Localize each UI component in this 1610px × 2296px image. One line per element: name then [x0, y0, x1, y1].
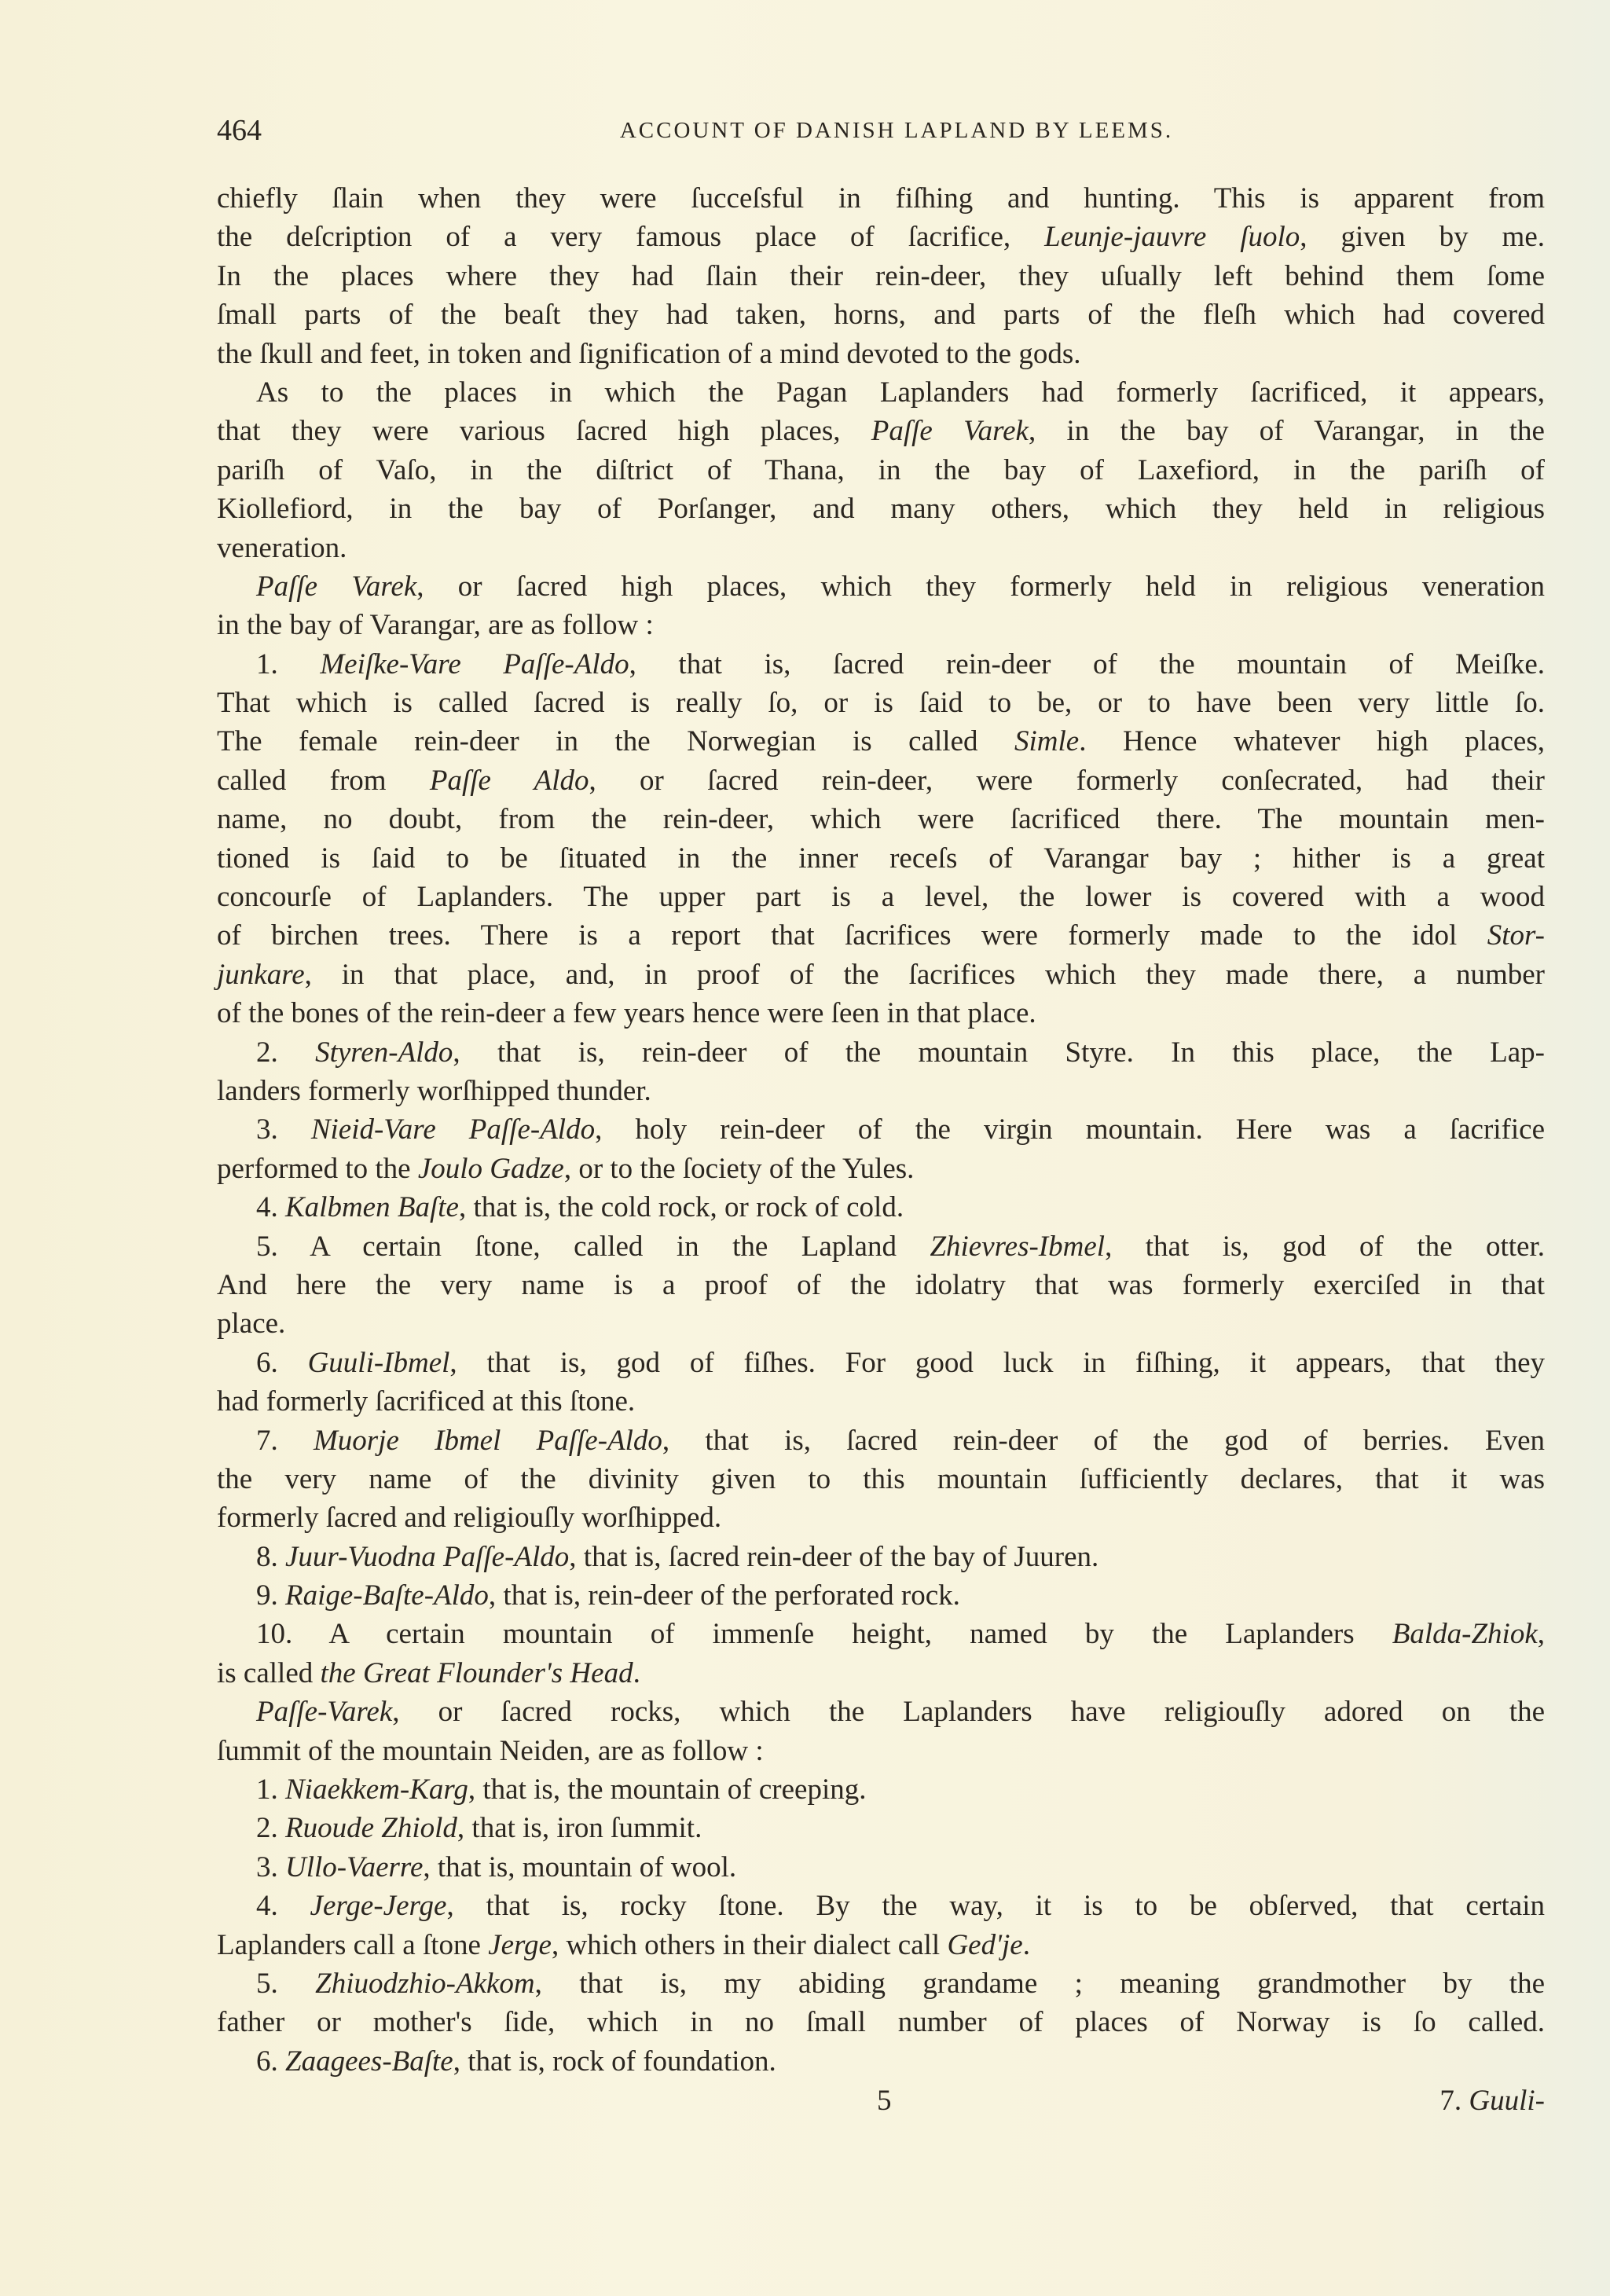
text-segment: 1.: [256, 1773, 285, 1806]
italic-term: Niaekkem-Karg: [285, 1773, 468, 1806]
text-segment: , that is, ſacred rein-deer of the mount…: [629, 648, 1545, 680]
text-segment: of the bones of the rein-deer a few year…: [217, 997, 1036, 1029]
text-line: 8. Juur-Vuodna Paſſe-Aldo, that is, ſacr…: [217, 1538, 1545, 1576]
text-segment: is called: [217, 1657, 321, 1689]
text-line: the ſkull and feet, in token and ſignifi…: [217, 335, 1545, 373]
text-segment: 3.: [256, 1113, 311, 1146]
italic-term: Balda-Zhiok: [1392, 1618, 1538, 1650]
text-segment: 4.: [256, 1890, 310, 1922]
text-segment: , that is, rocky ſtone. By the way, it i…: [446, 1890, 1545, 1922]
text-segment: pariſh of Vaſo, in the diſtrict of Thana…: [217, 454, 1545, 486]
text-segment: veneration.: [217, 532, 347, 564]
italic-term: Muorje Ibmel Paſſe-Aldo: [314, 1425, 662, 1457]
text-line: 3. Ullo-Vaerre, that is, mountain of woo…: [217, 1848, 1545, 1887]
text-line: tioned is ſaid to be ſituated in the inn…: [217, 839, 1545, 878]
text-line: that they were various ſacred high place…: [217, 412, 1545, 450]
text-segment: the very name of the divinity given to t…: [217, 1463, 1545, 1495]
italic-term: Simle: [1014, 725, 1079, 757]
text-segment: formerly ſacred and religiouſly worſhipp…: [217, 1502, 721, 1534]
italic-term: Jerge-Jerge: [310, 1890, 447, 1922]
text-segment: 1.: [256, 648, 320, 680]
text-segment: 6.: [256, 1347, 308, 1379]
text-line: Kiollefiord, in the bay of Porſanger, an…: [217, 490, 1545, 528]
text-line: chiefly ſlain when they were ſucceſsful …: [217, 179, 1545, 218]
italic-term: Raige-Baſte-Aldo: [285, 1579, 489, 1612]
text-segment: had formerly ſacrificed at this ſtone.: [217, 1385, 635, 1418]
text-line: ſummit of the mountain Neiden, are as fo…: [217, 1732, 1545, 1770]
text-segment: called from: [217, 765, 430, 797]
text-segment: that they were various ſacred high place…: [217, 415, 871, 447]
text-segment: Kiollefiord, in the bay of Porſanger, an…: [217, 493, 1545, 525]
text-line: concourſe of Laplanders. The upper part …: [217, 878, 1545, 916]
text-line: 5. Zhiuodzhio-Akkom, that is, my abiding…: [217, 1964, 1545, 2003]
text-segment: 10. A certain mountain of immenſe height…: [256, 1618, 1392, 1650]
text-segment: In the places where they had ſlain their…: [217, 260, 1545, 292]
text-segment: name, no doubt, from the rein-deer, whic…: [217, 803, 1545, 835]
text-line: That which is called ſacred is really ſo…: [217, 684, 1545, 722]
book-page: 464 ACCOUNT OF DANISH LAPLAND BY LEEMS. …: [217, 110, 1545, 165]
text-segment: , that is, ſacred rein-deer of the god o…: [662, 1425, 1545, 1457]
text-segment: , or to the ſociety of the Yules.: [564, 1153, 915, 1185]
italic-term: Ruoude Zhiold: [285, 1812, 457, 1844]
italic-term: Ged'je: [947, 1929, 1022, 1961]
text-segment: 9.: [256, 1579, 285, 1612]
text-segment: ſmall parts of the beaſt they had taken,…: [217, 299, 1545, 331]
text-line: called from Paſſe Aldo, or ſacred rein-d…: [217, 761, 1545, 800]
italic-term: Zhiuodzhio-Akkom: [315, 1968, 535, 2000]
text-segment: concourſe of Laplanders. The upper part …: [217, 881, 1545, 913]
text-line: 6. Zaagees-Baſte, that is, rock of found…: [217, 2042, 1545, 2081]
text-segment: performed to the: [217, 1153, 418, 1185]
text-line: place.: [217, 1304, 1545, 1343]
text-segment: That which is called ſacred is really ſo…: [217, 687, 1545, 719]
text-segment: 2.: [256, 1036, 315, 1069]
text-segment: And here the very name is a proof of the…: [217, 1269, 1545, 1301]
italic-term: the Great Flounder's Head: [321, 1657, 633, 1689]
text-line: 4. Kalbmen Baſte, that is, the cold rock…: [217, 1188, 1545, 1227]
text-segment: , that is, the cold rock, or rock of col…: [459, 1191, 904, 1223]
signature-mark: 5: [877, 2084, 892, 2118]
italic-term: Paſſe Aldo: [430, 765, 589, 797]
text-segment: 6.: [256, 2045, 285, 2078]
italic-term: Guuli-Ibmel: [308, 1347, 450, 1379]
text-line: junkare, in that place, and, in proof of…: [217, 955, 1545, 994]
text-segment: , in the bay of Varangar, in the: [1029, 415, 1545, 447]
text-segment: place.: [217, 1308, 285, 1340]
text-segment: 5. A certain ſtone, called in the Laplan…: [256, 1231, 930, 1263]
text-segment: in the bay of Varangar, are as follow :: [217, 609, 654, 641]
text-line: 2. Ruoude Zhiold, that is, iron ſummit.: [217, 1809, 1545, 1847]
italic-term: Paſſe Varek: [256, 570, 416, 603]
text-line: 2. Styren-Aldo, that is, rein-deer of th…: [217, 1033, 1545, 1072]
italic-term: Jerge: [488, 1929, 552, 1961]
text-line: the deſcription of a very famous place o…: [217, 218, 1545, 256]
text-segment: of birchen trees. There is a report that…: [217, 919, 1487, 952]
italic-term: Juur-Vuodna Paſſe-Aldo: [285, 1541, 569, 1573]
text-segment: ſummit of the mountain Neiden, are as fo…: [217, 1735, 764, 1767]
text-segment: . Hence whatever high places,: [1079, 725, 1545, 757]
text-segment: 7.: [256, 1425, 314, 1457]
text-line: pariſh of Vaſo, in the diſtrict of Thana…: [217, 451, 1545, 490]
text-segment: the ſkull and feet, in token and ſignifi…: [217, 338, 1080, 370]
text-line: formerly ſacred and religiouſly worſhipp…: [217, 1498, 1545, 1537]
text-line: 1. Niaekkem-Karg, that is, the mountain …: [217, 1770, 1545, 1809]
italic-term: Meiſke-Vare Paſſe-Aldo: [320, 648, 629, 680]
text-line: 4. Jerge-Jerge, that is, rocky ſtone. By…: [217, 1887, 1545, 1925]
text-line: name, no doubt, from the rein-deer, whic…: [217, 800, 1545, 838]
italic-term: Zhievres-Ibmel: [930, 1231, 1105, 1263]
text-line: 3. Nieid-Vare Paſſe-Aldo, holy rein-deer…: [217, 1110, 1545, 1149]
text-segment: Laplanders call a ſtone: [217, 1929, 488, 1961]
italic-term: Nieid-Vare Paſſe-Aldo: [311, 1113, 595, 1146]
text-segment: , given by me.: [1300, 221, 1545, 253]
text-segment: 4.: [256, 1191, 285, 1223]
text-line: The female rein-deer in the Norwegian is…: [217, 722, 1545, 761]
text-segment: , that is, ſacred rein-deer of the bay o…: [569, 1541, 1098, 1573]
italic-term: Leunje-jauvre ſuolo: [1044, 221, 1300, 253]
text-segment: 3.: [256, 1851, 285, 1883]
italic-term: Paſſe-Varek: [256, 1696, 392, 1728]
text-line: of birchen trees. There is a report that…: [217, 916, 1545, 955]
text-segment: , that is, the mountain of creeping.: [468, 1773, 867, 1806]
text-segment: chiefly ſlain when they were ſucceſsful …: [217, 182, 1545, 215]
italic-term: Paſſe Varek: [871, 415, 1029, 447]
text-line: had formerly ſacrificed at this ſtone.: [217, 1382, 1545, 1421]
text-line: in the bay of Varangar, are as follow :: [217, 606, 1545, 644]
text-segment: , that is, iron ſummit.: [457, 1812, 702, 1844]
italic-term: Kalbmen Baſte: [285, 1191, 459, 1223]
text-line: landers formerly worſhipped thunder.: [217, 1072, 1545, 1110]
page-header: 464 ACCOUNT OF DANISH LAPLAND BY LEEMS.: [217, 110, 1545, 165]
text-segment: , that is, rock of foundation.: [453, 2045, 776, 2078]
text-segment: 2.: [256, 1812, 285, 1844]
text-segment: 8.: [256, 1541, 285, 1573]
text-segment: landers formerly worſhipped thunder.: [217, 1075, 651, 1107]
body-text: chiefly ſlain when they were ſucceſsful …: [217, 179, 1545, 2131]
text-segment: father or mother's ſide, which in no ſma…: [217, 2006, 1545, 2038]
italic-term: Stor-: [1487, 919, 1545, 952]
text-line: 6. Guuli-Ibmel, that is, god of fiſhes. …: [217, 1344, 1545, 1382]
italic-term: Styren-Aldo: [315, 1036, 453, 1069]
text-line: performed to the Joulo Gadze, or to the …: [217, 1150, 1545, 1188]
text-segment: , or ſacred rein-deer, were formerly con…: [589, 765, 1545, 797]
text-line: Laplanders call a ſtone Jerge, which oth…: [217, 1926, 1545, 1964]
text-segment: , which others in their dialect call: [552, 1929, 947, 1961]
text-segment: , that is, rein-deer of the perforated r…: [489, 1579, 960, 1612]
page-footer: 57. Guuli-: [217, 2084, 1545, 2131]
text-line: Paſſe-Varek, or ſacred rocks, which the …: [217, 1693, 1545, 1731]
text-line: 9. Raige-Baſte-Aldo, that is, rein-deer …: [217, 1576, 1545, 1615]
text-segment: The female rein-deer in the Norwegian is…: [217, 725, 1014, 757]
text-line: the very name of the divinity given to t…: [217, 1460, 1545, 1498]
text-segment: , or ſacred high places, which they form…: [416, 570, 1545, 603]
italic-term: Joulo Gadze: [418, 1153, 564, 1185]
text-line: ſmall parts of the beaſt they had taken,…: [217, 295, 1545, 334]
text-line: As to the places in which the Pagan Lapl…: [217, 373, 1545, 412]
text-segment: .: [633, 1657, 640, 1689]
text-segment: tioned is ſaid to be ſituated in the inn…: [217, 842, 1545, 875]
text-line: 10. A certain mountain of immenſe height…: [217, 1615, 1545, 1653]
text-segment: , that is, my abiding grandame ; meaning…: [535, 1968, 1545, 2000]
text-segment: , or ſacred rocks, which the Laplanders …: [392, 1696, 1545, 1728]
text-line: Paſſe Varek, or ſacred high places, whic…: [217, 567, 1545, 606]
text-line: 1. Meiſke-Vare Paſſe-Aldo, that is, ſacr…: [217, 645, 1545, 684]
text-line: of the bones of the rein-deer a few year…: [217, 994, 1545, 1032]
text-segment: , that is, god of the otter.: [1105, 1231, 1545, 1263]
italic-term: junkare: [217, 959, 305, 991]
text-line: 5. A certain ſtone, called in the Laplan…: [217, 1227, 1545, 1266]
text-line: veneration.: [217, 529, 1545, 567]
text-segment: , that is, mountain of wool.: [423, 1851, 736, 1883]
text-segment: 5.: [256, 1968, 315, 2000]
text-segment: , in that place, and, in proof of the ſa…: [305, 959, 1545, 991]
text-line: In the places where they had ſlain their…: [217, 257, 1545, 295]
text-segment: .: [1023, 1929, 1030, 1961]
text-segment: , that is, god of fiſhes. For good luck …: [449, 1347, 1545, 1379]
text-segment: , holy rein-deer of the virgin mountain.…: [595, 1113, 1545, 1146]
text-line: And here the very name is a proof of the…: [217, 1266, 1545, 1304]
text-segment: , that is, rein-deer of the mountain Sty…: [453, 1036, 1545, 1069]
text-line: 7. Muorje Ibmel Paſſe-Aldo, that is, ſac…: [217, 1421, 1545, 1460]
running-head: ACCOUNT OF DANISH LAPLAND BY LEEMS.: [217, 118, 1545, 144]
text-segment: As to the places in which the Pagan Lapl…: [256, 376, 1545, 409]
text-segment: ,: [1538, 1618, 1545, 1650]
text-line: is called the Great Flounder's Head.: [217, 1654, 1545, 1693]
text-segment: the deſcription of a very famous place o…: [217, 221, 1044, 253]
italic-term: Zaagees-Baſte: [285, 2045, 453, 2078]
catchword: 7. Guuli-: [1439, 2084, 1545, 2118]
text-line: father or mother's ſide, which in no ſma…: [217, 2003, 1545, 2041]
italic-term: Ullo-Vaerre: [285, 1851, 423, 1883]
